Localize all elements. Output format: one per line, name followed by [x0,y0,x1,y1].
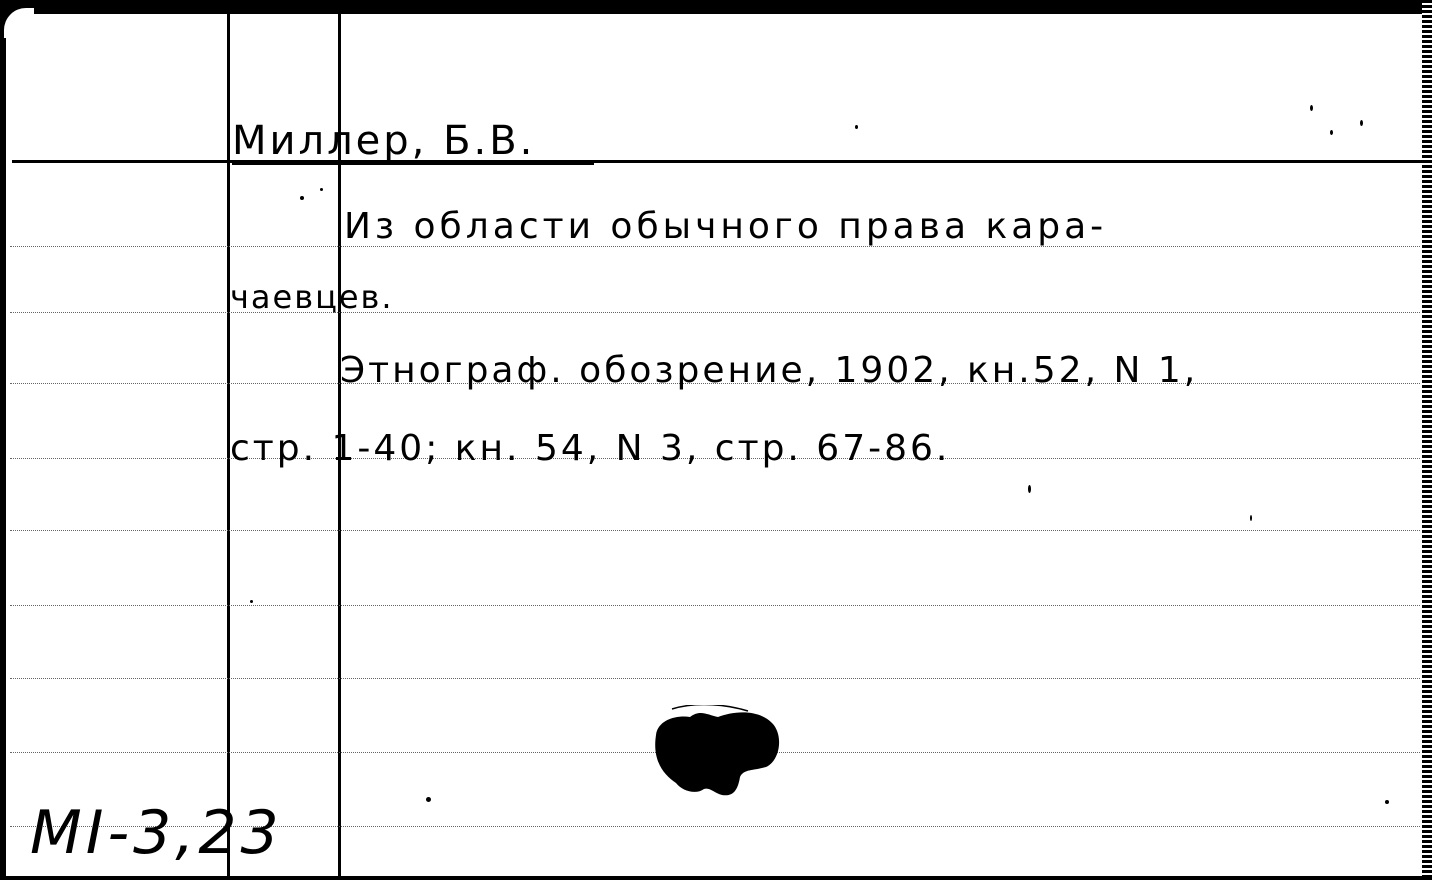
ruled-line [10,678,1420,679]
speck [1385,800,1389,804]
author-heading: Миллер, Б.В. [232,118,535,164]
catalog-card: Миллер, Б.В. Из области обычного права к… [0,0,1432,880]
scan-edge-left [0,0,6,880]
ruled-line [10,605,1420,606]
speck [1330,130,1333,135]
scan-edge-bottom [0,876,1432,880]
ruled-line [10,312,1420,313]
speck [1028,485,1031,493]
title-line-1: Из области обычного права кара- [344,206,1107,247]
scan-edge-right [1422,0,1432,880]
speck [320,188,323,191]
title-line-2: чаевцев. [230,278,394,316]
punch-hole-blot [648,705,788,815]
speck [426,797,431,802]
source-line-1: Этнограф. обозрение, 1902, кн.52, N 1, [340,350,1198,391]
speck [250,600,253,603]
heading-rule [12,160,1422,163]
speck [1360,120,1363,126]
author-underline [232,163,594,165]
shelfmark: МI-3,23 [30,798,283,868]
speck [855,125,858,129]
card-corner [0,0,22,22]
ruled-line [10,530,1420,531]
source-line-2: стр. 1-40; кн. 54, N 3, стр. 67-86. [230,428,950,469]
speck [1250,515,1252,521]
scan-edge-top [0,0,1432,14]
speck [1310,105,1313,111]
speck [300,196,304,200]
